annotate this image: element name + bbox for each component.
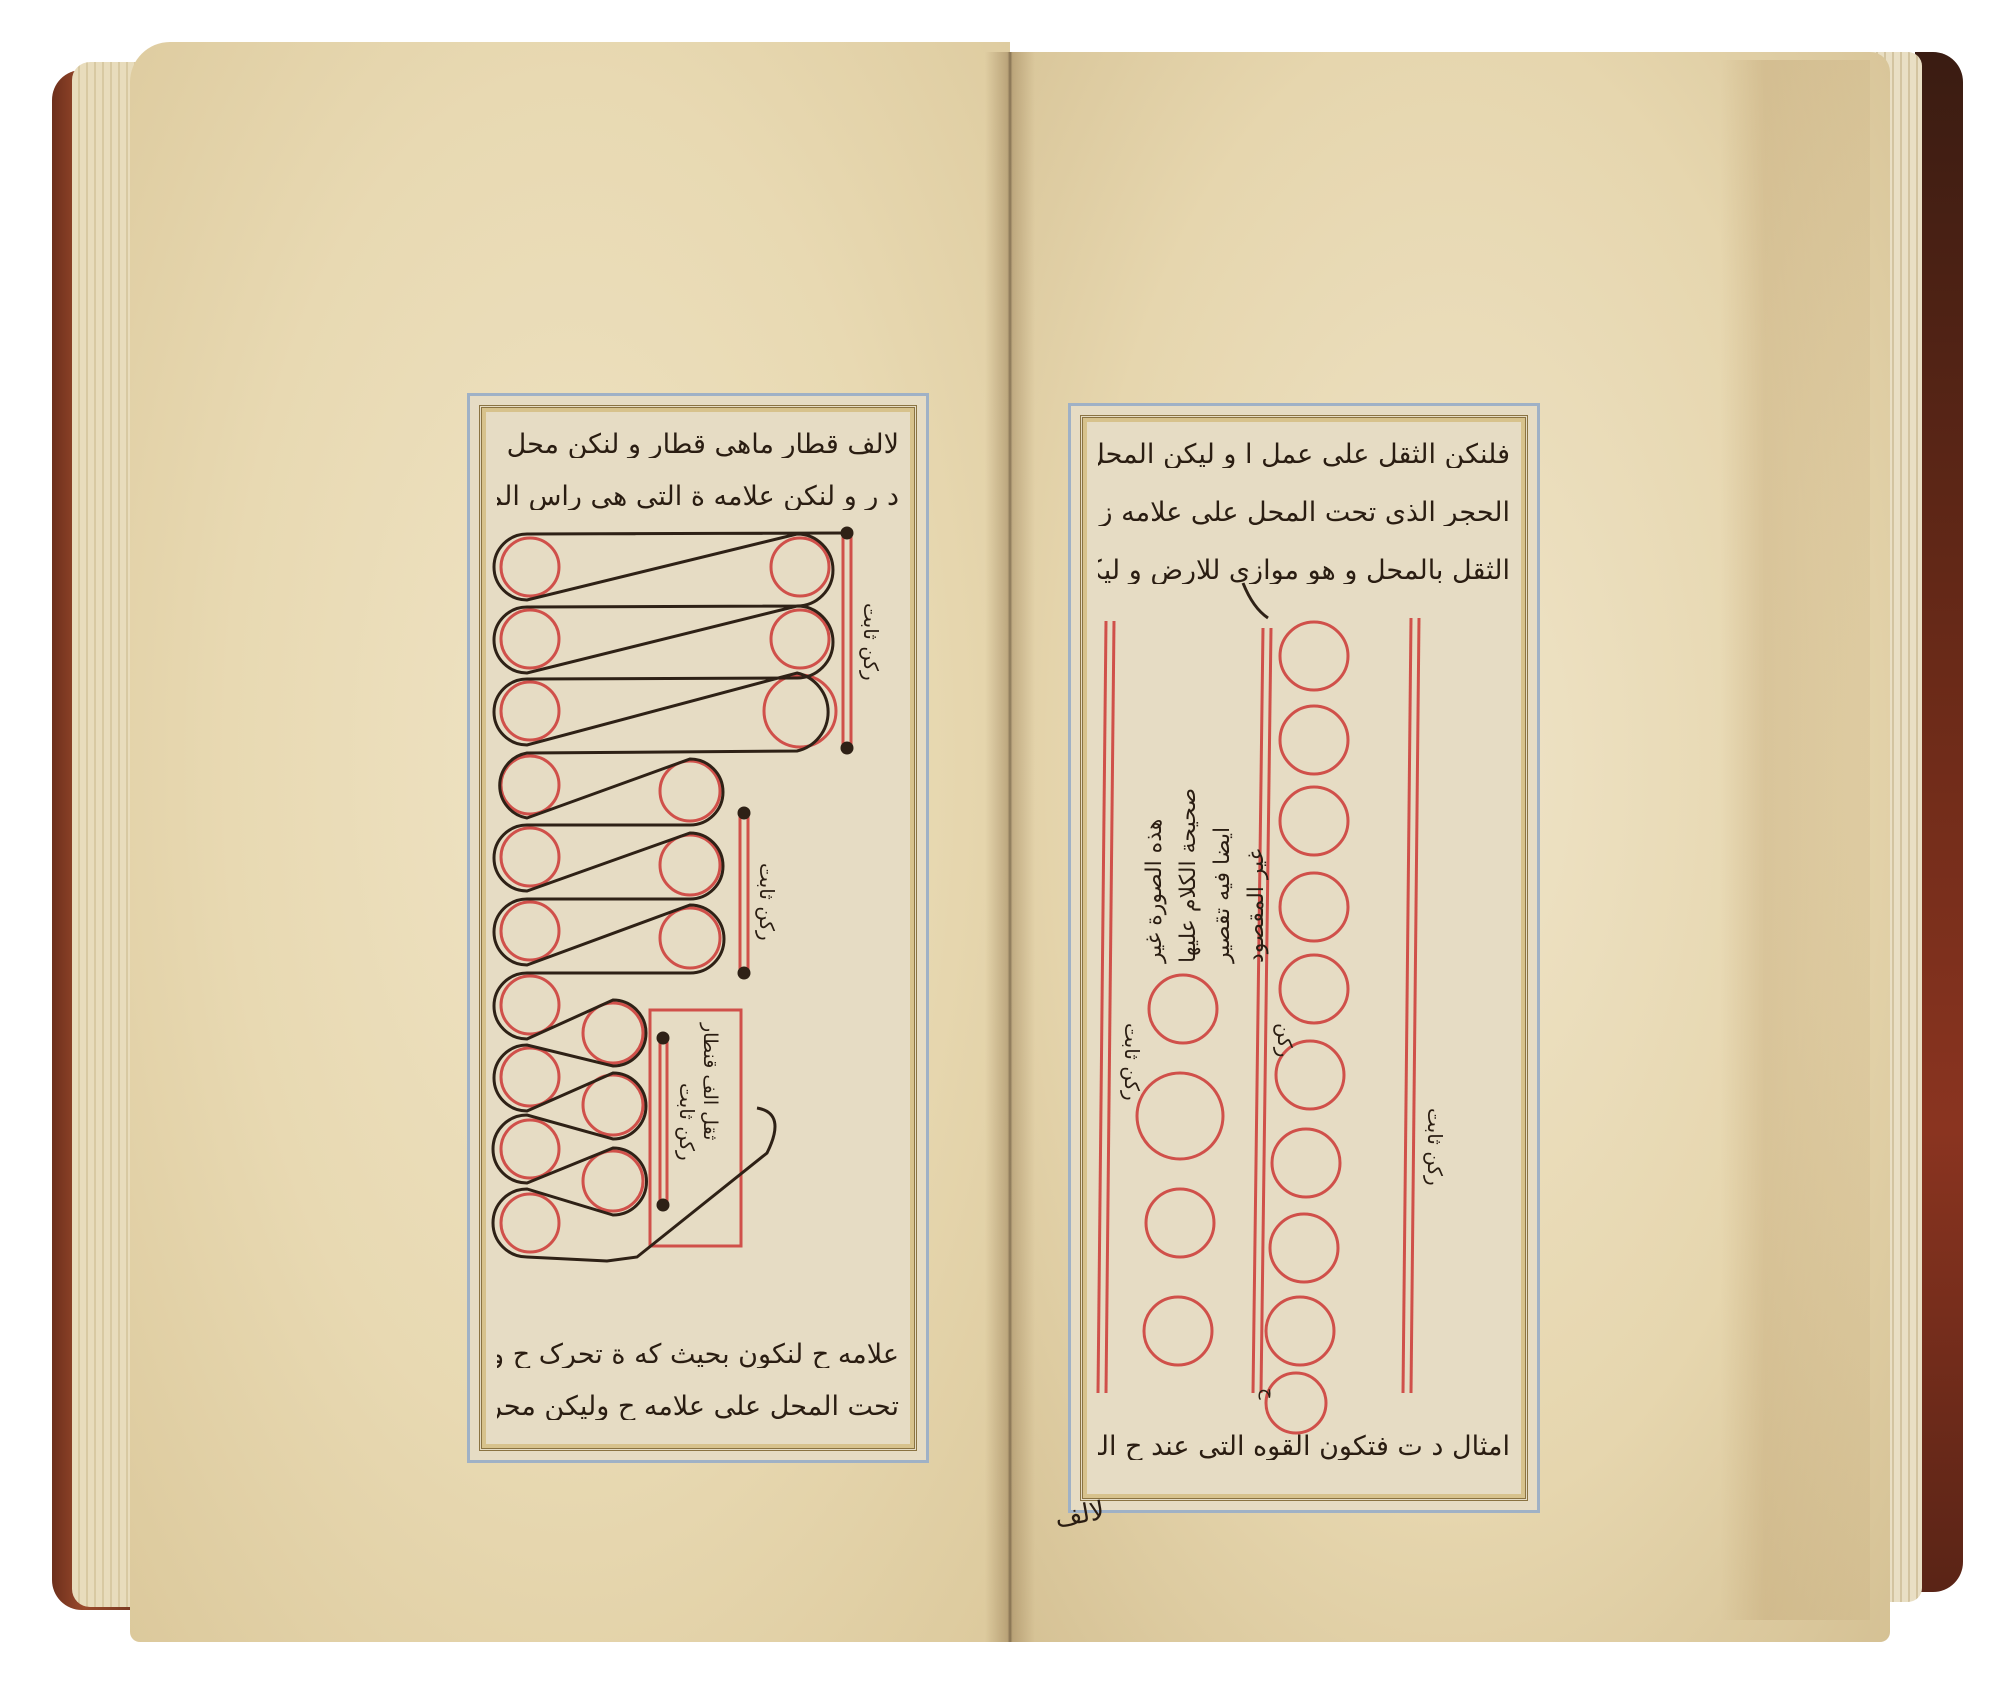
bar-label-middle: رکن [1273,1023,1297,1057]
right-binding [1915,52,1963,1592]
right-footer-line-1: امثال د ت فتکون القوه التی عند ح المعادل… [1098,1433,1510,1460]
left-text-panel: لالف قطار ماهی قطار و لنکن محل احر وهو ع… [467,393,929,1463]
water-stain [1720,60,1870,1620]
fixed-bar-label-left: رکن ثابت [1120,1023,1144,1101]
right-text-panel: فلنکن الثقل علی عمل ا و لیکن المحل نسج و… [1068,403,1540,1513]
fixed-bar-label-3: رکن ثابت [675,1083,699,1161]
marker-letter: ح [1258,1388,1279,1400]
fixed-bar-label-2: رکن ثابت [755,863,779,941]
open-manuscript: لالف قطار ماهی قطار و لنکن محل احر وهو ع… [0,0,2000,1685]
fixed-bar-label-right: رکن ثابت [1423,1108,1447,1186]
pulley-diagram-left [467,393,929,1463]
left-footer-line-2: تحت المحل علی علامه ح ولیکن محرکا الی ر … [497,1393,899,1420]
left-footer-line-1: علامه ح لنکون بحیث که ة تحرک ح و لنکن ال… [497,1341,899,1368]
fixed-bar-label-1: رکن ثابت [859,603,883,681]
marginal-correction-note: هذه الصورة غیر صحیحة الکلام علیها ایضا ف… [1138,663,1274,963]
gutter [985,52,1035,1642]
weight-box-label: ثقل الف قنطار [699,1023,721,1140]
